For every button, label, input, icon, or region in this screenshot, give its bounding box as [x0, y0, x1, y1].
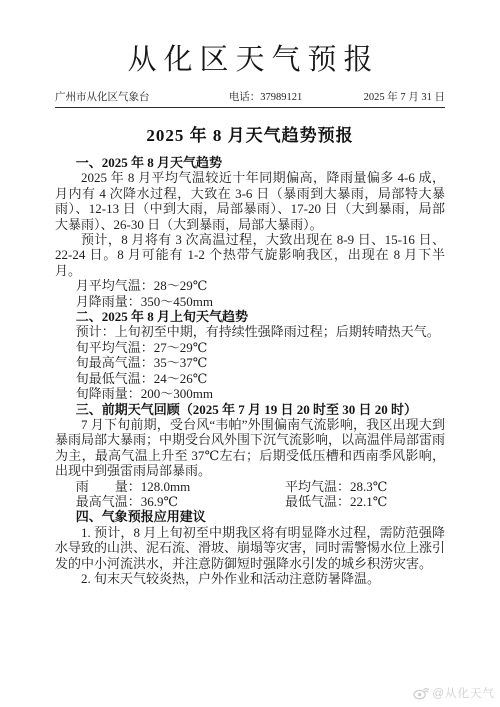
observed-avg-temp: 平均气温：28.3℃ [285, 479, 445, 494]
section3-heading: 三、前期天气回顾（2025 年 7 月 19 日 20 时至 30 日 20 时… [55, 402, 445, 417]
section4-advice-2: 2. 旬末天气较炎热，户外作业和活动注意防暑降温。 [55, 571, 445, 586]
bulletin-header-row: 广州市从化区气象台 电话：37989121 2025 年 7 月 31 日 [55, 89, 445, 104]
page-title: 从化区天气预报 [55, 42, 445, 78]
section1-heading: 一、2025 年 8 月天气趋势 [55, 155, 445, 170]
tenday-max-temp: 旬最高气温：35～37℃ [55, 355, 445, 370]
section4-advice-1: 1. 预计，8 月上旬初至中期我区将有明显降水过程，需防范强降水导致的山洪、泥石… [55, 525, 445, 571]
phone-number: 电话：37989121 [229, 89, 303, 104]
watermark: @从化天气 [413, 685, 495, 701]
section2-heading: 二、2025 年 8 月上旬天气趋势 [55, 309, 445, 324]
bulletin-subtitle: 2025 年 8 月天气趋势预报 [55, 121, 445, 146]
weibo-logo-icon [413, 686, 430, 700]
tenday-min-temp: 旬最低气温：24～26℃ [55, 371, 445, 386]
weather-bulletin-page: 从化区天气预报 广州市从化区气象台 电话：37989121 2025 年 7 月… [0, 0, 500, 707]
observed-max-temp: 最高气温：36.9℃ [55, 494, 285, 509]
section1-paragraph-2: 预计，8 月将有 3 次高温过程，大致出现在 8-9 日、15-16 日、22-… [55, 232, 445, 278]
monthly-rainfall: 月降雨量：350～450mm [55, 294, 445, 309]
bulletin-body: 一、2025 年 8 月天气趋势 2025 年 8 月平均气温较近十年同期偏高，… [55, 155, 445, 586]
section2-forecast: 预计：上旬初至中期，有持续性强降雨过程；后期转晴热天气。 [55, 324, 445, 339]
header-divider [55, 107, 445, 108]
agency-name: 广州市从化区气象台 [55, 89, 150, 104]
watermark-text: @从化天气 [432, 685, 495, 701]
section3-stats-grid: 雨 量：128.0mm 平均气温：28.3℃ 最高气温：36.9℃ 最低气温：2… [55, 479, 445, 510]
monthly-avg-temp: 月平均气温：28～29℃ [55, 278, 445, 293]
observed-min-temp: 最低气温：22.1℃ [285, 494, 445, 509]
issue-date: 2025 年 7 月 31 日 [364, 89, 445, 104]
observed-rainfall: 雨 量：128.0mm [55, 479, 285, 494]
tenday-rainfall: 旬降雨量：200～300mm [55, 386, 445, 401]
section1-paragraph-1: 2025 年 8 月平均气温较近十年同期偏高，降雨量偏多 4-6 成，月内有 4… [55, 170, 445, 232]
tenday-avg-temp: 旬平均气温：27～29℃ [55, 340, 445, 355]
section3-paragraph-1: 7 月下旬前期，受台风“韦帕”外围偏南气流影响，我区出现大到暴雨局部大暴雨；中期… [55, 417, 445, 479]
section4-heading: 四、气象预报应用建议 [55, 509, 445, 524]
